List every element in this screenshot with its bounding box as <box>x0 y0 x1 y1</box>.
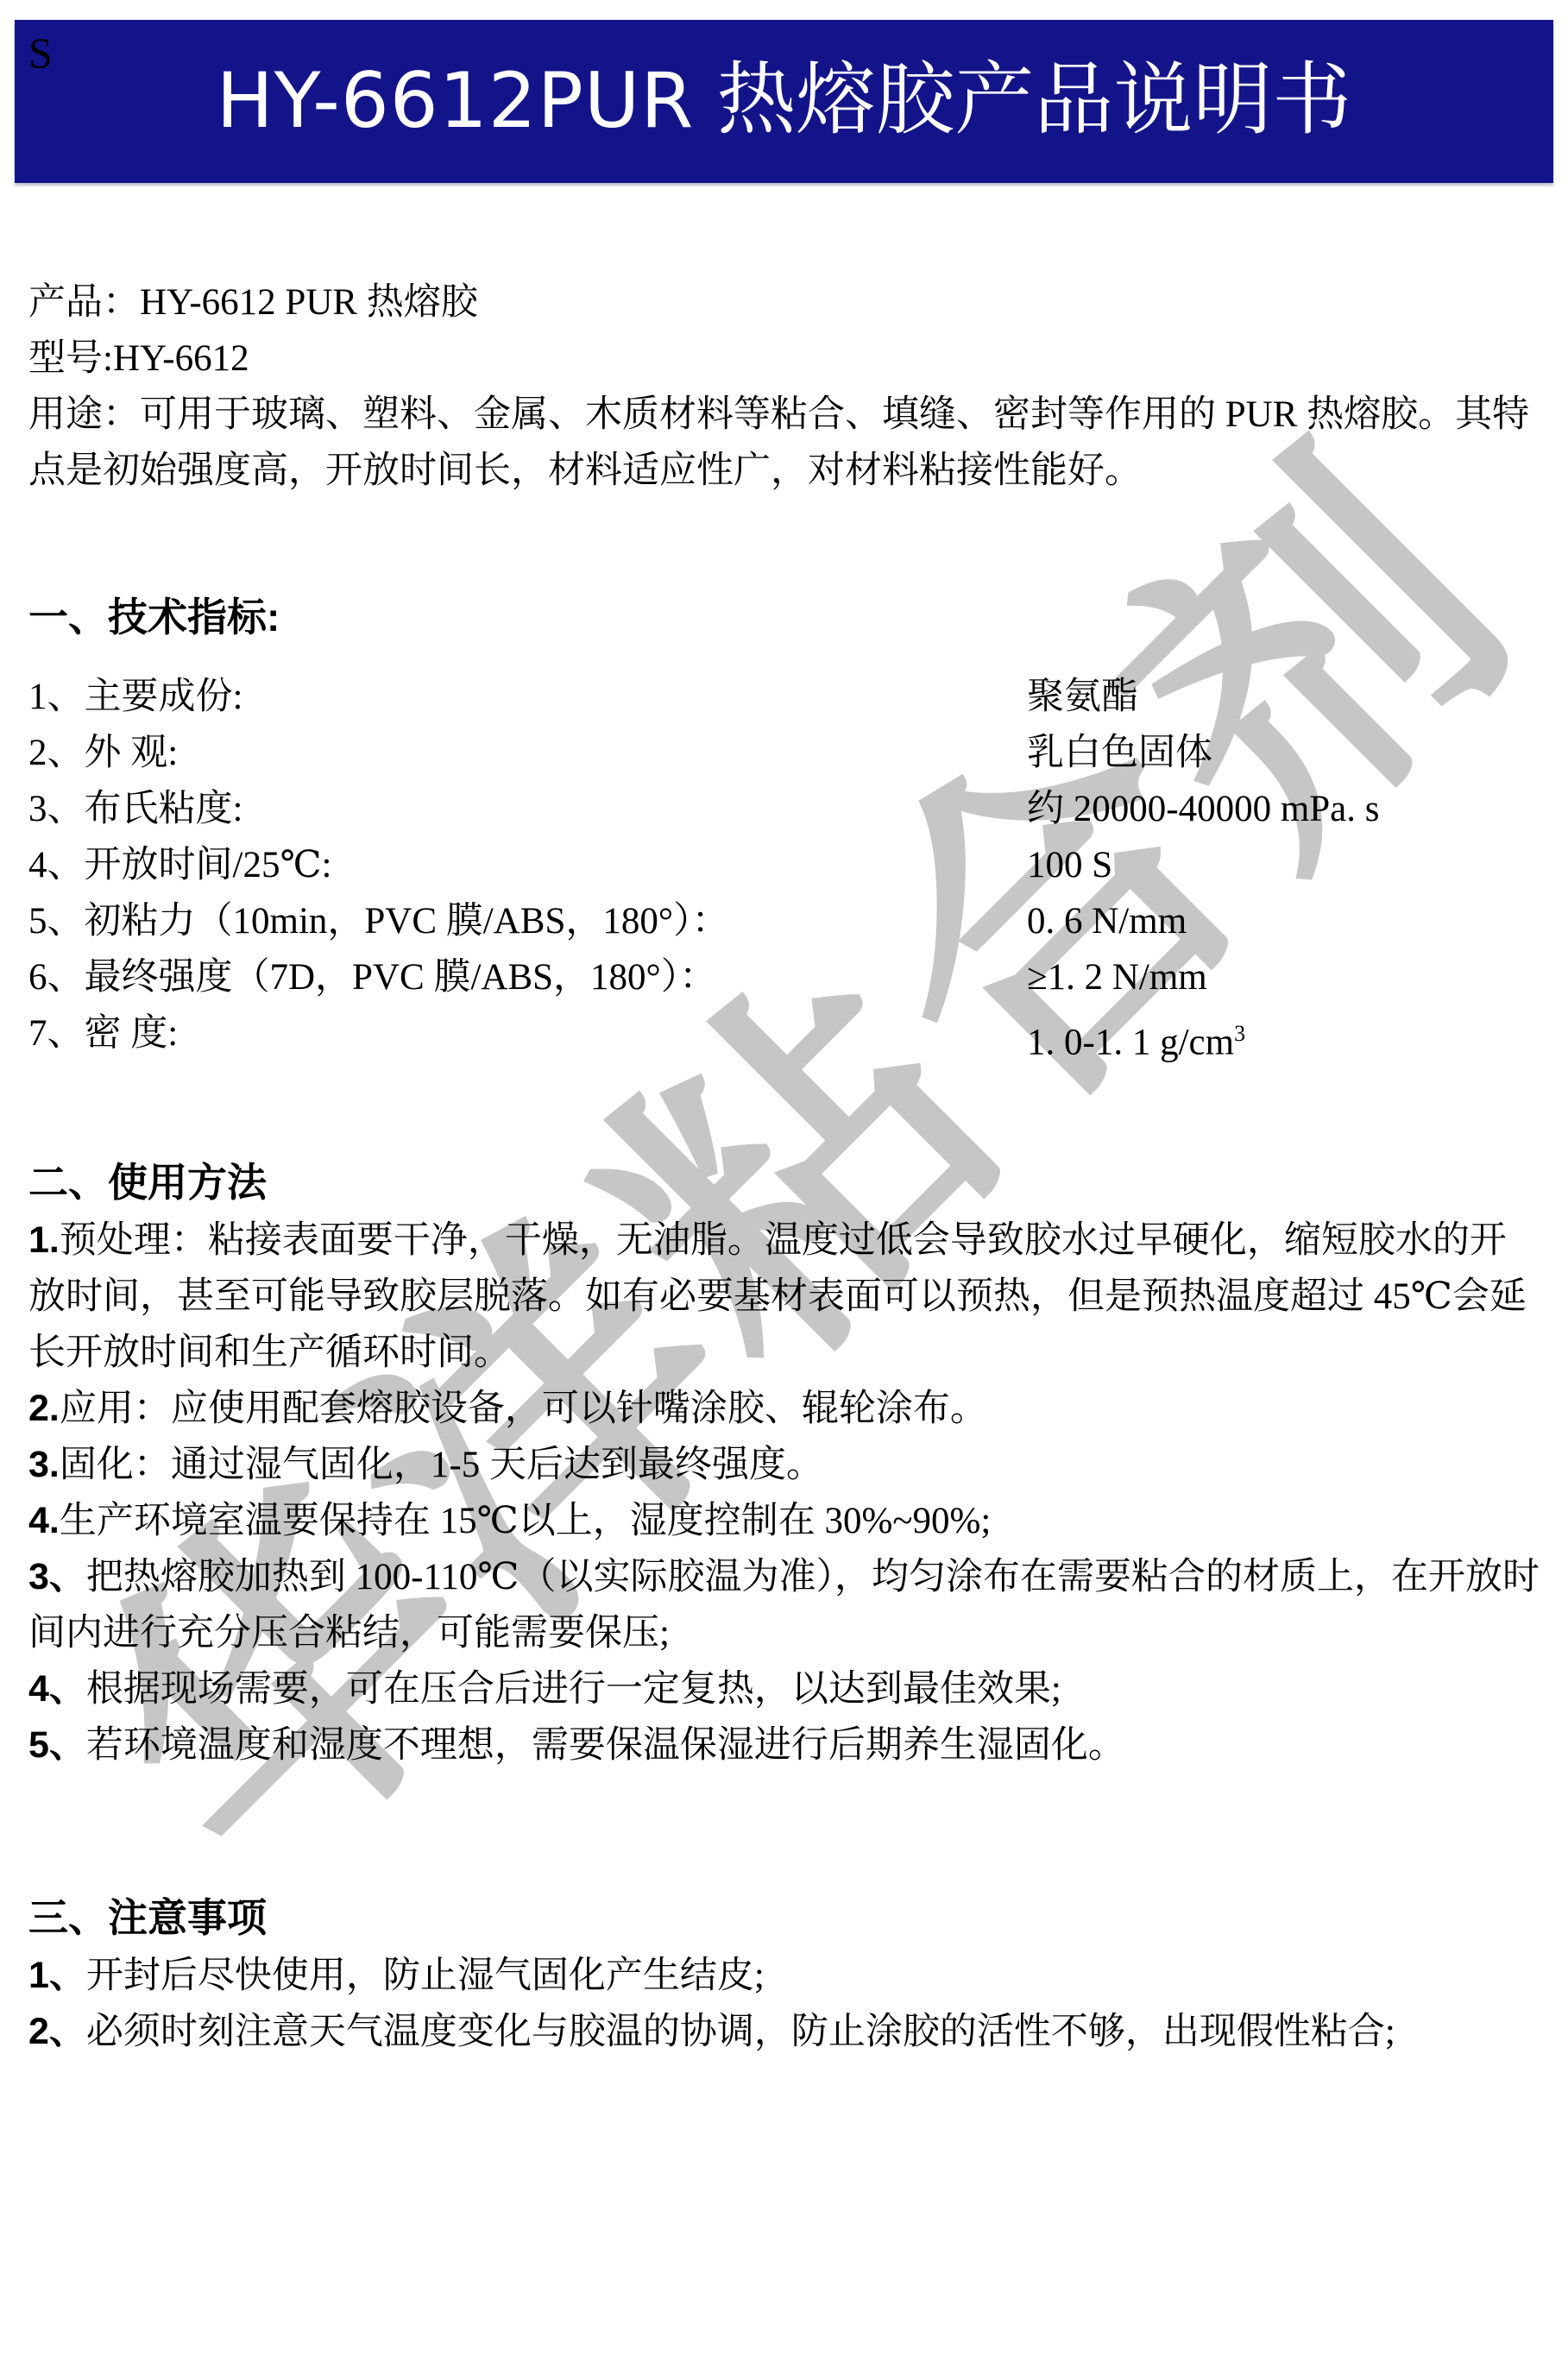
tech-row-density: 7、密 度: 1. 0-1. 1 g/cm3 <box>28 1005 1540 1061</box>
tech-value: ≥1. 2 N/mm <box>1027 949 1207 1005</box>
item-text: 根据现场需要，可在压合后进行一定复热，以达到最佳效果; <box>86 1669 1061 1710</box>
tech-row-viscosity: 3、布氏粘度: 约 20000-40000 mPa. s <box>28 781 1540 837</box>
tech-row-appearance: 2、外 观: 乳白色固体 <box>28 725 1540 781</box>
tech-row-initial-tack: 5、初粘力（10min，PVC 膜/ABS，180°）： 0. 6 N/mm <box>28 893 1540 949</box>
precaution-list: 1、开封后尽快使用，防止湿气固化产生结皮; 2、必须时刻注意天气温度变化与胶温的… <box>28 1948 1540 2060</box>
item-number: 1. <box>28 1219 60 1261</box>
intro-block: 产品：HY-6612 PUR 热熔胶 型号:HY-6612 用途：可用于玻璃、塑… <box>28 274 1540 499</box>
tech-value: 1. 0-1. 1 g/cm3 <box>1027 1005 1245 1070</box>
item-text: 生产环境室温要保持在 15℃以上，湿度控制在 30%~90%; <box>60 1501 991 1541</box>
item-text: 应用：应使用配套熔胶设备，可以针嘴涂胶、辊轮涂布。 <box>60 1389 987 1429</box>
section-title-precautions: 三、注意事项 <box>28 1887 1540 1948</box>
tech-label: 6、最终强度（7D，PVC 膜/ABS，180°）： <box>28 957 716 998</box>
item-number: 2、 <box>28 2011 86 2052</box>
tech-row-main-component: 1、主要成份: 聚氨酯 <box>28 669 1540 725</box>
item-number: 3、 <box>28 1556 86 1597</box>
precaution-paragraph-temperature: 2、必须时刻注意天气温度变化与胶温的协调，防止涂胶的活性不够，出现假性粘合; <box>28 2004 1540 2060</box>
item-text: 固化：通过湿气固化，1-5 天后达到最终强度。 <box>60 1445 823 1485</box>
density-superscript: 3 <box>1234 1021 1245 1046</box>
page-title-model: HY-6612PUR <box>217 56 695 145</box>
tech-value: 约 20000-40000 mPa. s <box>1027 781 1380 837</box>
tech-row-open-time: 4、开放时间/25℃: 100 S <box>28 837 1540 893</box>
method-paragraph-reheating: 4、根据现场需要，可在压合后进行一定复热，以达到最佳效果; <box>28 1661 1540 1717</box>
method-paragraph-heating: 3、把热熔胶加热到 100-110℃（以实际胶温为准），均匀涂布在需要粘合的材质… <box>28 1549 1540 1661</box>
item-text: 预处理：粘接表面要干净，干燥，无油脂。温度过低会导致胶水过早硬化，缩短胶水的开放… <box>28 1220 1527 1373</box>
item-text: 把热熔胶加热到 100-110℃（以实际胶温为准），均匀涂布在需要粘合的材质上，… <box>28 1557 1540 1654</box>
density-value: 1. 0-1. 1 g/cm <box>1027 1022 1234 1062</box>
tech-value: 0. 6 N/mm <box>1027 893 1187 949</box>
tech-value: 聚氨酯 <box>1027 669 1138 725</box>
tech-label: 1、主要成份: <box>28 677 242 717</box>
tech-value: 乳白色固体 <box>1027 725 1212 781</box>
item-number: 4、 <box>28 1668 86 1710</box>
product-line: 产品：HY-6612 PUR 热熔胶 <box>28 274 1540 331</box>
tech-label: 7、密 度: <box>28 1013 178 1054</box>
method-paragraph-humidity-care: 5、若环境温度和湿度不理想，需要保温保湿进行后期养生湿固化。 <box>28 1717 1540 1773</box>
item-text: 开封后尽快使用，防止湿气固化产生结皮; <box>86 1956 765 1996</box>
method-paragraph-curing: 3.固化：通过湿气固化，1-5 天后达到最终强度。 <box>28 1437 1540 1493</box>
section-title-usage: 二、使用方法 <box>28 1152 1540 1213</box>
method-paragraph-pretreatment: 1.预处理：粘接表面要干净，干燥，无油脂。温度过低会导致胶水过早硬化，缩短胶水的… <box>28 1213 1540 1381</box>
model-line: 型号:HY-6612 <box>28 331 1540 387</box>
item-number: 2. <box>28 1388 60 1429</box>
page-title-chinese: 热熔胶产品说明书 <box>716 36 1351 150</box>
item-text: 必须时刻注意天气温度变化与胶温的协调，防止涂胶的活性不够，出现假性粘合; <box>86 2012 1395 2052</box>
item-number: 4. <box>28 1500 60 1541</box>
tech-label: 3、布氏粘度: <box>28 789 242 829</box>
corner-mark: S <box>28 31 53 74</box>
tech-label: 4、开放时间/25℃: <box>28 845 332 885</box>
method-paragraph-environment: 4.生产环境室温要保持在 15℃以上，湿度控制在 30%~90%; <box>28 1493 1540 1549</box>
title-banner: HY-6612PUR 热熔胶产品说明书 <box>15 20 1553 183</box>
precaution-paragraph-use-quickly: 1、开封后尽快使用，防止湿气固化产生结皮; <box>28 1948 1540 2004</box>
item-number: 3. <box>28 1444 60 1485</box>
page-title: HY-6612PUR 热熔胶产品说明书 <box>217 36 1352 150</box>
section-title-tech-specs: 一、技术指标: <box>28 587 1540 647</box>
item-number: 5、 <box>28 1724 86 1766</box>
tech-spec-list: 1、主要成份: 聚氨酯 2、外 观: 乳白色固体 3、布氏粘度: 约 20000… <box>28 669 1540 1061</box>
method-paragraph-application: 2.应用：应使用配套熔胶设备，可以针嘴涂胶、辊轮涂布。 <box>28 1381 1540 1437</box>
usage-line: 用途：可用于玻璃、塑料、金属、木质材料等粘合、填缝、密封等作用的 PUR 热熔胶… <box>28 387 1540 499</box>
item-text: 若环境温度和湿度不理想，需要保温保湿进行后期养生湿固化。 <box>86 1725 1125 1766</box>
tech-label: 5、初粘力（10min，PVC 膜/ABS，180°）： <box>28 901 729 942</box>
usage-method-list: 1.预处理：粘接表面要干净，干燥，无油脂。温度过低会导致胶水过早硬化，缩短胶水的… <box>28 1213 1540 1773</box>
document-page: 华洋粘合剂 HY-6612PUR 热熔胶产品说明书 S 产品：HY-6612 P… <box>0 0 1568 2356</box>
tech-value: 100 S <box>1027 837 1112 893</box>
tech-label: 2、外 观: <box>28 733 178 773</box>
item-number: 1、 <box>28 1955 86 1996</box>
document-body: 产品：HY-6612 PUR 热熔胶 型号:HY-6612 用途：可用于玻璃、塑… <box>28 0 1540 2060</box>
tech-row-final-strength: 6、最终强度（7D，PVC 膜/ABS，180°）： ≥1. 2 N/mm <box>28 949 1540 1005</box>
